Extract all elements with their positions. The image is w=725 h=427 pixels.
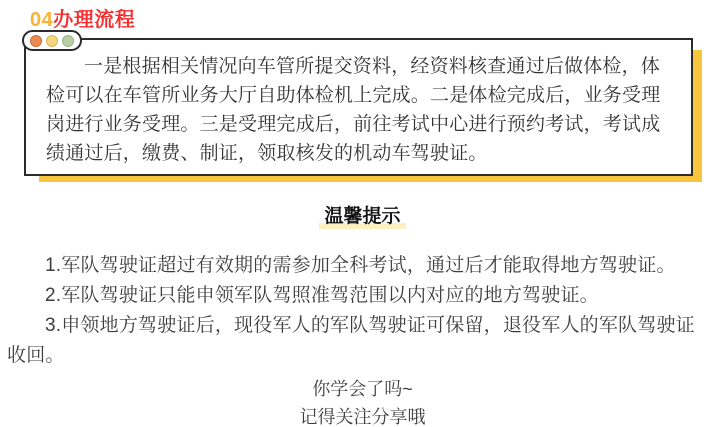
tip-item-3: 3.申领地方驾驶证后，现役军人的军队驾驶证可保留，退役军人的军队驾驶证收回。 <box>7 311 713 371</box>
tip-item-1: 1.军队驾驶证超过有效期的需参加全科考试，通过后才能取得地方驾驶证。 <box>7 251 713 281</box>
traffic-light-yellow-icon <box>46 35 58 47</box>
tips-heading: 温馨提示 <box>0 206 725 229</box>
traffic-light-green-icon <box>62 35 74 47</box>
footer-line-2: 记得关注分享哦 <box>0 403 725 427</box>
traffic-light-decoration <box>22 30 82 51</box>
process-card: 一是根据相关情况向车管所提交资料，经资料核查通过后做体检，体检可以在车管所业务大… <box>24 38 693 176</box>
section-number: 04 <box>30 9 53 31</box>
process-paragraph: 一是根据相关情况向车管所提交资料，经资料核查通过后做体检，体检可以在车管所业务大… <box>46 52 671 168</box>
tip-item-2: 2.军队驾驶证只能申领军队驾照准驾范围以内对应的地方驾驶证。 <box>7 281 713 311</box>
footer: 你学会了吗~ 记得关注分享哦 <box>0 375 725 427</box>
section-header: 04办理流程 <box>30 8 725 32</box>
process-card-wrap: 一是根据相关情况向车管所提交资料，经资料核查通过后做体检，体检可以在车管所业务大… <box>24 38 693 176</box>
tips-heading-text: 温馨提示 <box>319 206 405 229</box>
section-title: 办理流程 <box>53 9 135 31</box>
footer-line-1: 你学会了吗~ <box>0 375 725 403</box>
traffic-light-orange-icon <box>30 35 42 47</box>
tips-list: 1.军队驾驶证超过有效期的需参加全科考试，通过后才能取得地方驾驶证。 2.军队驾… <box>7 251 713 371</box>
